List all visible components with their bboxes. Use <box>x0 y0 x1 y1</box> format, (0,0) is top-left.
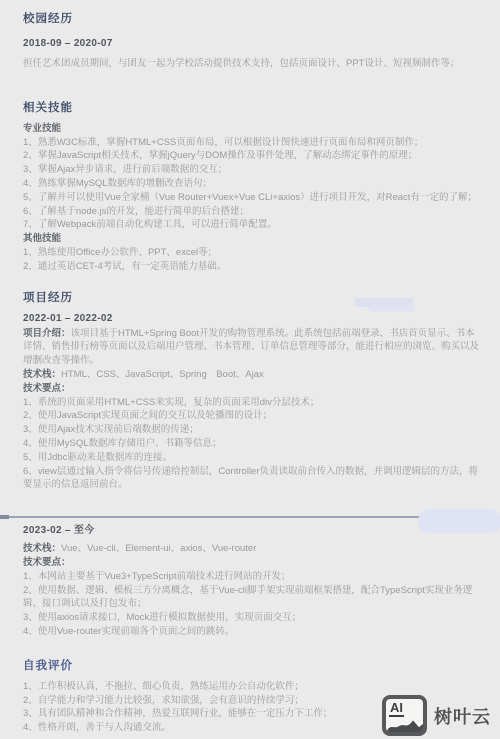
project-entry-2: 2023-02 – 至今 技术栈：Vue、Vue-cli、Element-ui、… <box>23 525 479 639</box>
section-title-campus: 校园经历 <box>23 12 479 26</box>
project2-stack-label: 技术栈： <box>23 543 61 554</box>
ai-image-icon: AI <box>382 695 427 736</box>
project-entry-1: 2022-01 – 2022-02 项目介绍：该项目基于HTML+Spring … <box>23 313 479 493</box>
ai-icon-text: AI <box>389 700 404 717</box>
list-item: 工作积极认真，不拖拉、细心负责，熟练运用办公自动化软件； <box>23 680 479 694</box>
list-item: 通过英语CET-4考试，有一定英语能力基础。 <box>23 260 479 274</box>
project1-points-label: 技术要点： <box>23 382 479 396</box>
project2-points-list: 本网站主要基于Vue3+TypeScript前端技术进行网站的开发；使用数据、逻… <box>23 570 479 639</box>
project1-date-range: 2022-01 – 2022-02 <box>23 313 479 325</box>
highlight-smudge <box>369 305 415 312</box>
list-item: 使用JavaScript实现页面之间的交互以及轮播图的设计； <box>23 409 479 423</box>
section-title-evaluation: 自我评价 <box>23 659 479 673</box>
mountain-icon <box>386 717 423 733</box>
resume-page: 校园经历 2018-09 – 2020-07 担任艺术团成员期间，与团友一起为学… <box>0 0 500 735</box>
project2-stack: 技术栈：Vue、Vue-cli、Element-ui、axios、Vue-rou… <box>23 542 479 556</box>
campus-description: 担任艺术团成员期间，与团友一起为学校活动提供技术支持，包括页面设计、PPT设计、… <box>23 57 479 71</box>
other-skills-list: 熟练使用Office办公软件、PPT、excel等；通过英语CET-4考试，有一… <box>23 246 479 274</box>
project2-stack-value: Vue、Vue-cli、Element-ui、axios、Vue-router <box>61 543 256 554</box>
page-break-divider <box>0 516 500 518</box>
list-item: 使用axios请求接口，Mock进行模拟数据使用，实现页面交互； <box>23 611 479 625</box>
project1-stack-value: HTML、CSS、JavaScript、Spring Boot、Ajax <box>61 369 264 380</box>
watermark-logo: AI 树叶云 <box>382 695 491 736</box>
list-item: 系统的页面采用HTML+CSS来实现，复杂的页面采用div分层技术； <box>23 396 479 410</box>
project1-intro: 项目介绍：该项目基于HTML+Spring Boot开发的购物管理系统。此系统包… <box>23 327 479 368</box>
section-campus-experience: 校园经历 2018-09 – 2020-07 担任艺术团成员期间，与团友一起为学… <box>23 12 479 71</box>
list-item: 了解Webpack前端自动化构建工具，可以进行简单配置。 <box>23 218 479 232</box>
project1-intro-label: 项目介绍： <box>23 328 71 339</box>
project1-intro-text: 该项目基于HTML+Spring Boot开发的购物管理系统。此系统包括前端登录… <box>23 328 479 367</box>
section-title-skills: 相关技能 <box>23 101 479 115</box>
list-item: 熟悉W3C标准，掌握HTML+CSS页面布局，可以根据设计图快速进行页面布局和网… <box>23 136 479 150</box>
campus-date-range: 2018-09 – 2020-07 <box>23 38 479 50</box>
section-skills: 相关技能 专业技能 熟悉W3C标准，掌握HTML+CSS页面布局，可以根据设计图… <box>23 101 479 274</box>
list-item: 使用Ajax技术实现前后端数据的传递； <box>23 423 479 437</box>
list-item: view层通过输入指令将信号传递给控制层，Controller负责读取前台传入的… <box>23 465 479 493</box>
professional-skills-list: 熟悉W3C标准，掌握HTML+CSS页面布局，可以根据设计图快速进行页面布局和网… <box>23 136 479 233</box>
resume-preview: { "meta": { "background_color": "#eaeaea… <box>0 0 500 739</box>
other-skills-label: 其他技能 <box>23 232 479 246</box>
project1-points-list: 系统的页面采用HTML+CSS来实现，复杂的页面采用div分层技术；使用Java… <box>23 396 479 493</box>
list-item: 本网站主要基于Vue3+TypeScript前端技术进行网站的开发； <box>23 570 479 584</box>
list-item: 熟练使用Office办公软件、PPT、excel等； <box>23 246 479 260</box>
list-item: 用Jdbc驱动来是数据库的连接。 <box>23 451 479 465</box>
project1-stack: 技术栈：HTML、CSS、JavaScript、Spring Boot、Ajax <box>23 368 479 382</box>
list-item: 使用Vue-router实现前端各个页面之间的跳转。 <box>23 625 479 639</box>
list-item: 掌握JavaScript相关技术，掌握jQuery与DOM操作及事件处理，了解动… <box>23 149 479 163</box>
project2-points-label: 技术要点： <box>23 556 479 570</box>
list-item: 使用MySQL数据库存储用户、书籍等信息； <box>23 437 479 451</box>
list-item: 使用数据、逻辑、模板三方分离概念，基于Vue-cli脚手架实现前端框架搭建，配合… <box>23 584 479 612</box>
watermark-brand-text: 树叶云 <box>434 703 491 729</box>
project2-date-range: 2023-02 – 至今 <box>23 525 479 537</box>
professional-skills-label: 专业技能 <box>23 122 479 136</box>
list-item: 了解基于node.js的开发，能进行简单的后台搭建； <box>23 205 479 219</box>
list-item: 掌握Ajax异步请求，进行前后端数据的交互； <box>23 163 479 177</box>
divider-highlight-blob <box>418 509 500 533</box>
project1-stack-label: 技术栈： <box>23 369 61 380</box>
list-item: 熟练掌握MySQL数据库的增删改查语句； <box>23 177 479 191</box>
list-item: 了解并可以使用Vue全家桶（Vue Router+Vuex+Vue CLi+ax… <box>23 191 479 205</box>
divider-left-stub <box>0 515 9 519</box>
section-project-experience: 项目经历 2022-01 – 2022-02 项目介绍：该项目基于HTML+Sp… <box>23 291 479 639</box>
